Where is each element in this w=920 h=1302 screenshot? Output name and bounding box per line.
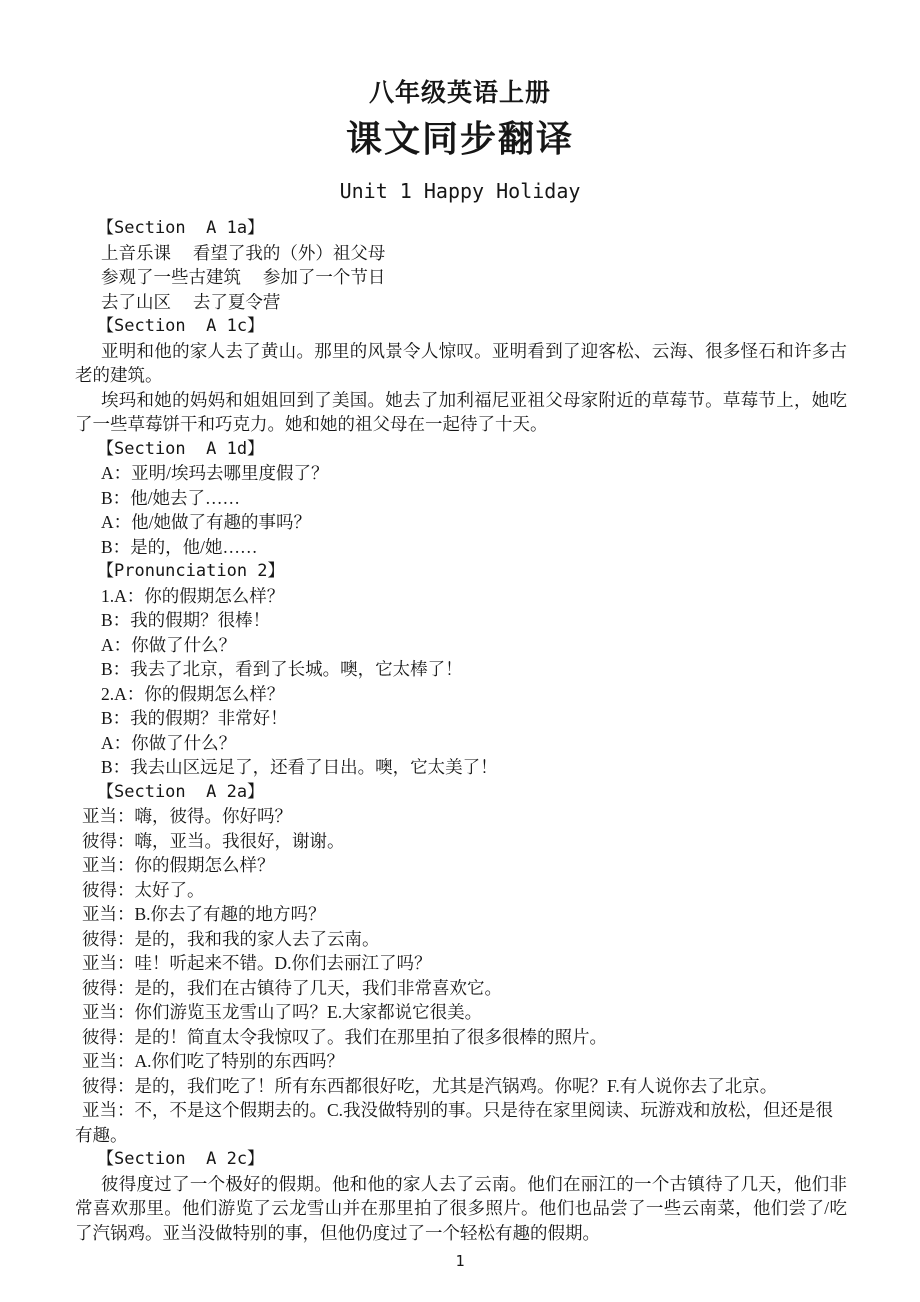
- text-line-ab: B：我去了北京，看到了长城。噢，它太棒了！: [75, 657, 847, 682]
- text-line-para: 彼得度过了一个极好的假期。他和他的家人去了云南。他们在丽江的一个古镇待了几天，他…: [75, 1172, 847, 1246]
- text-line-ab: 2.A：你的假期怎么样？: [75, 682, 847, 707]
- text-line-speaker: 彼得：是的，我们吃了！所有东西都很好吃，尤其是汽锅鸡。你呢？F.有人说你去了北京…: [75, 1074, 847, 1099]
- text-line-speaker: 彼得：太好了。: [75, 878, 847, 903]
- text-line-item: 去了山区 去了夏令营: [75, 290, 847, 315]
- text-line-ab: A：你做了什么？: [75, 731, 847, 756]
- text-line-header: 【Pronunciation 2】: [75, 559, 847, 584]
- text-line-ab: B：我的假期？很棒！: [75, 608, 847, 633]
- text-line-ab: A：他/她做了有趣的事吗？: [75, 510, 847, 535]
- content-blocks: 【Section A 1a】上音乐课 看望了我的（外）祖父母参观了一些古建筑 参…: [75, 216, 847, 1245]
- text-line-header: 【Section A 2c】: [75, 1147, 847, 1172]
- text-line-ab: 1.A：你的假期怎么样？: [75, 584, 847, 609]
- text-line-ab: B：我去山区远足了，还看了日出。噢，它太美了！: [75, 755, 847, 780]
- text-line-item: 参观了一些古建筑 参加了一个节日: [75, 265, 847, 290]
- text-line-speaker: 彼得：是的，我和我的家人去了云南。: [75, 927, 847, 952]
- text-line-ab: B：是的，他/她……: [75, 535, 847, 560]
- text-line-header: 【Section A 1d】: [75, 437, 847, 462]
- text-line-header: 【Section A 1a】: [75, 216, 847, 241]
- document-page: 八年级英语上册 课文同步翻译 Unit 1 Happy Holiday 【Sec…: [0, 0, 920, 1302]
- text-line-ab: B：他/她去了……: [75, 486, 847, 511]
- text-line-header: 【Section A 2a】: [75, 780, 847, 805]
- text-line-speaker: 彼得：是的！简直太令我惊叹了。我们在那里拍了很多很棒的照片。: [75, 1025, 847, 1050]
- unit-title: Unit 1 Happy Holiday: [0, 178, 920, 204]
- text-line-speaker: 亚当：B.你去了有趣的地方吗？: [75, 902, 847, 927]
- text-line-speaker: 亚当：哇！听起来不错。D.你们去丽江了吗？: [75, 951, 847, 976]
- page-number: 1: [0, 1252, 920, 1270]
- text-line-item: 上音乐课 看望了我的（外）祖父母: [75, 241, 847, 266]
- text-line-ab: A：亚明/埃玛去哪里度假了？: [75, 461, 847, 486]
- text-line-speaker: 亚当：嗨，彼得。你好吗？: [75, 804, 847, 829]
- text-line-ab: A：你做了什么？: [75, 633, 847, 658]
- text-line-speaker: 彼得：嗨，亚当。我很好，谢谢。: [75, 829, 847, 854]
- text-line-speaker: 亚当：你们游览玉龙雪山了吗？E.大家都说它很美。: [75, 1000, 847, 1025]
- text-line-header: 【Section A 1c】: [75, 314, 847, 339]
- text-line-speaker: 亚当：A.你们吃了特别的东西吗？: [75, 1049, 847, 1074]
- text-line-speaker: 彼得：是的，我们在古镇待了几天，我们非常喜欢它。: [75, 976, 847, 1001]
- page-title-main: 课文同步翻译: [0, 118, 920, 162]
- page-title-small: 八年级英语上册: [0, 0, 920, 108]
- text-line-ab: B：我的假期？非常好！: [75, 706, 847, 731]
- text-line-para: 埃玛和她的妈妈和姐姐回到了美国。她去了加利福尼亚祖父母家附近的草莓节。草莓节上，…: [75, 388, 847, 437]
- text-line-speaker: 亚当：不，不是这个假期去的。C.我没做特别的事。只是待在家里阅读、玩游戏和放松，…: [75, 1098, 847, 1147]
- text-line-speaker: 亚当：你的假期怎么样？: [75, 853, 847, 878]
- text-line-para: 亚明和他的家人去了黄山。那里的风景令人惊叹。亚明看到了迎客松、云海、很多怪石和许…: [75, 339, 847, 388]
